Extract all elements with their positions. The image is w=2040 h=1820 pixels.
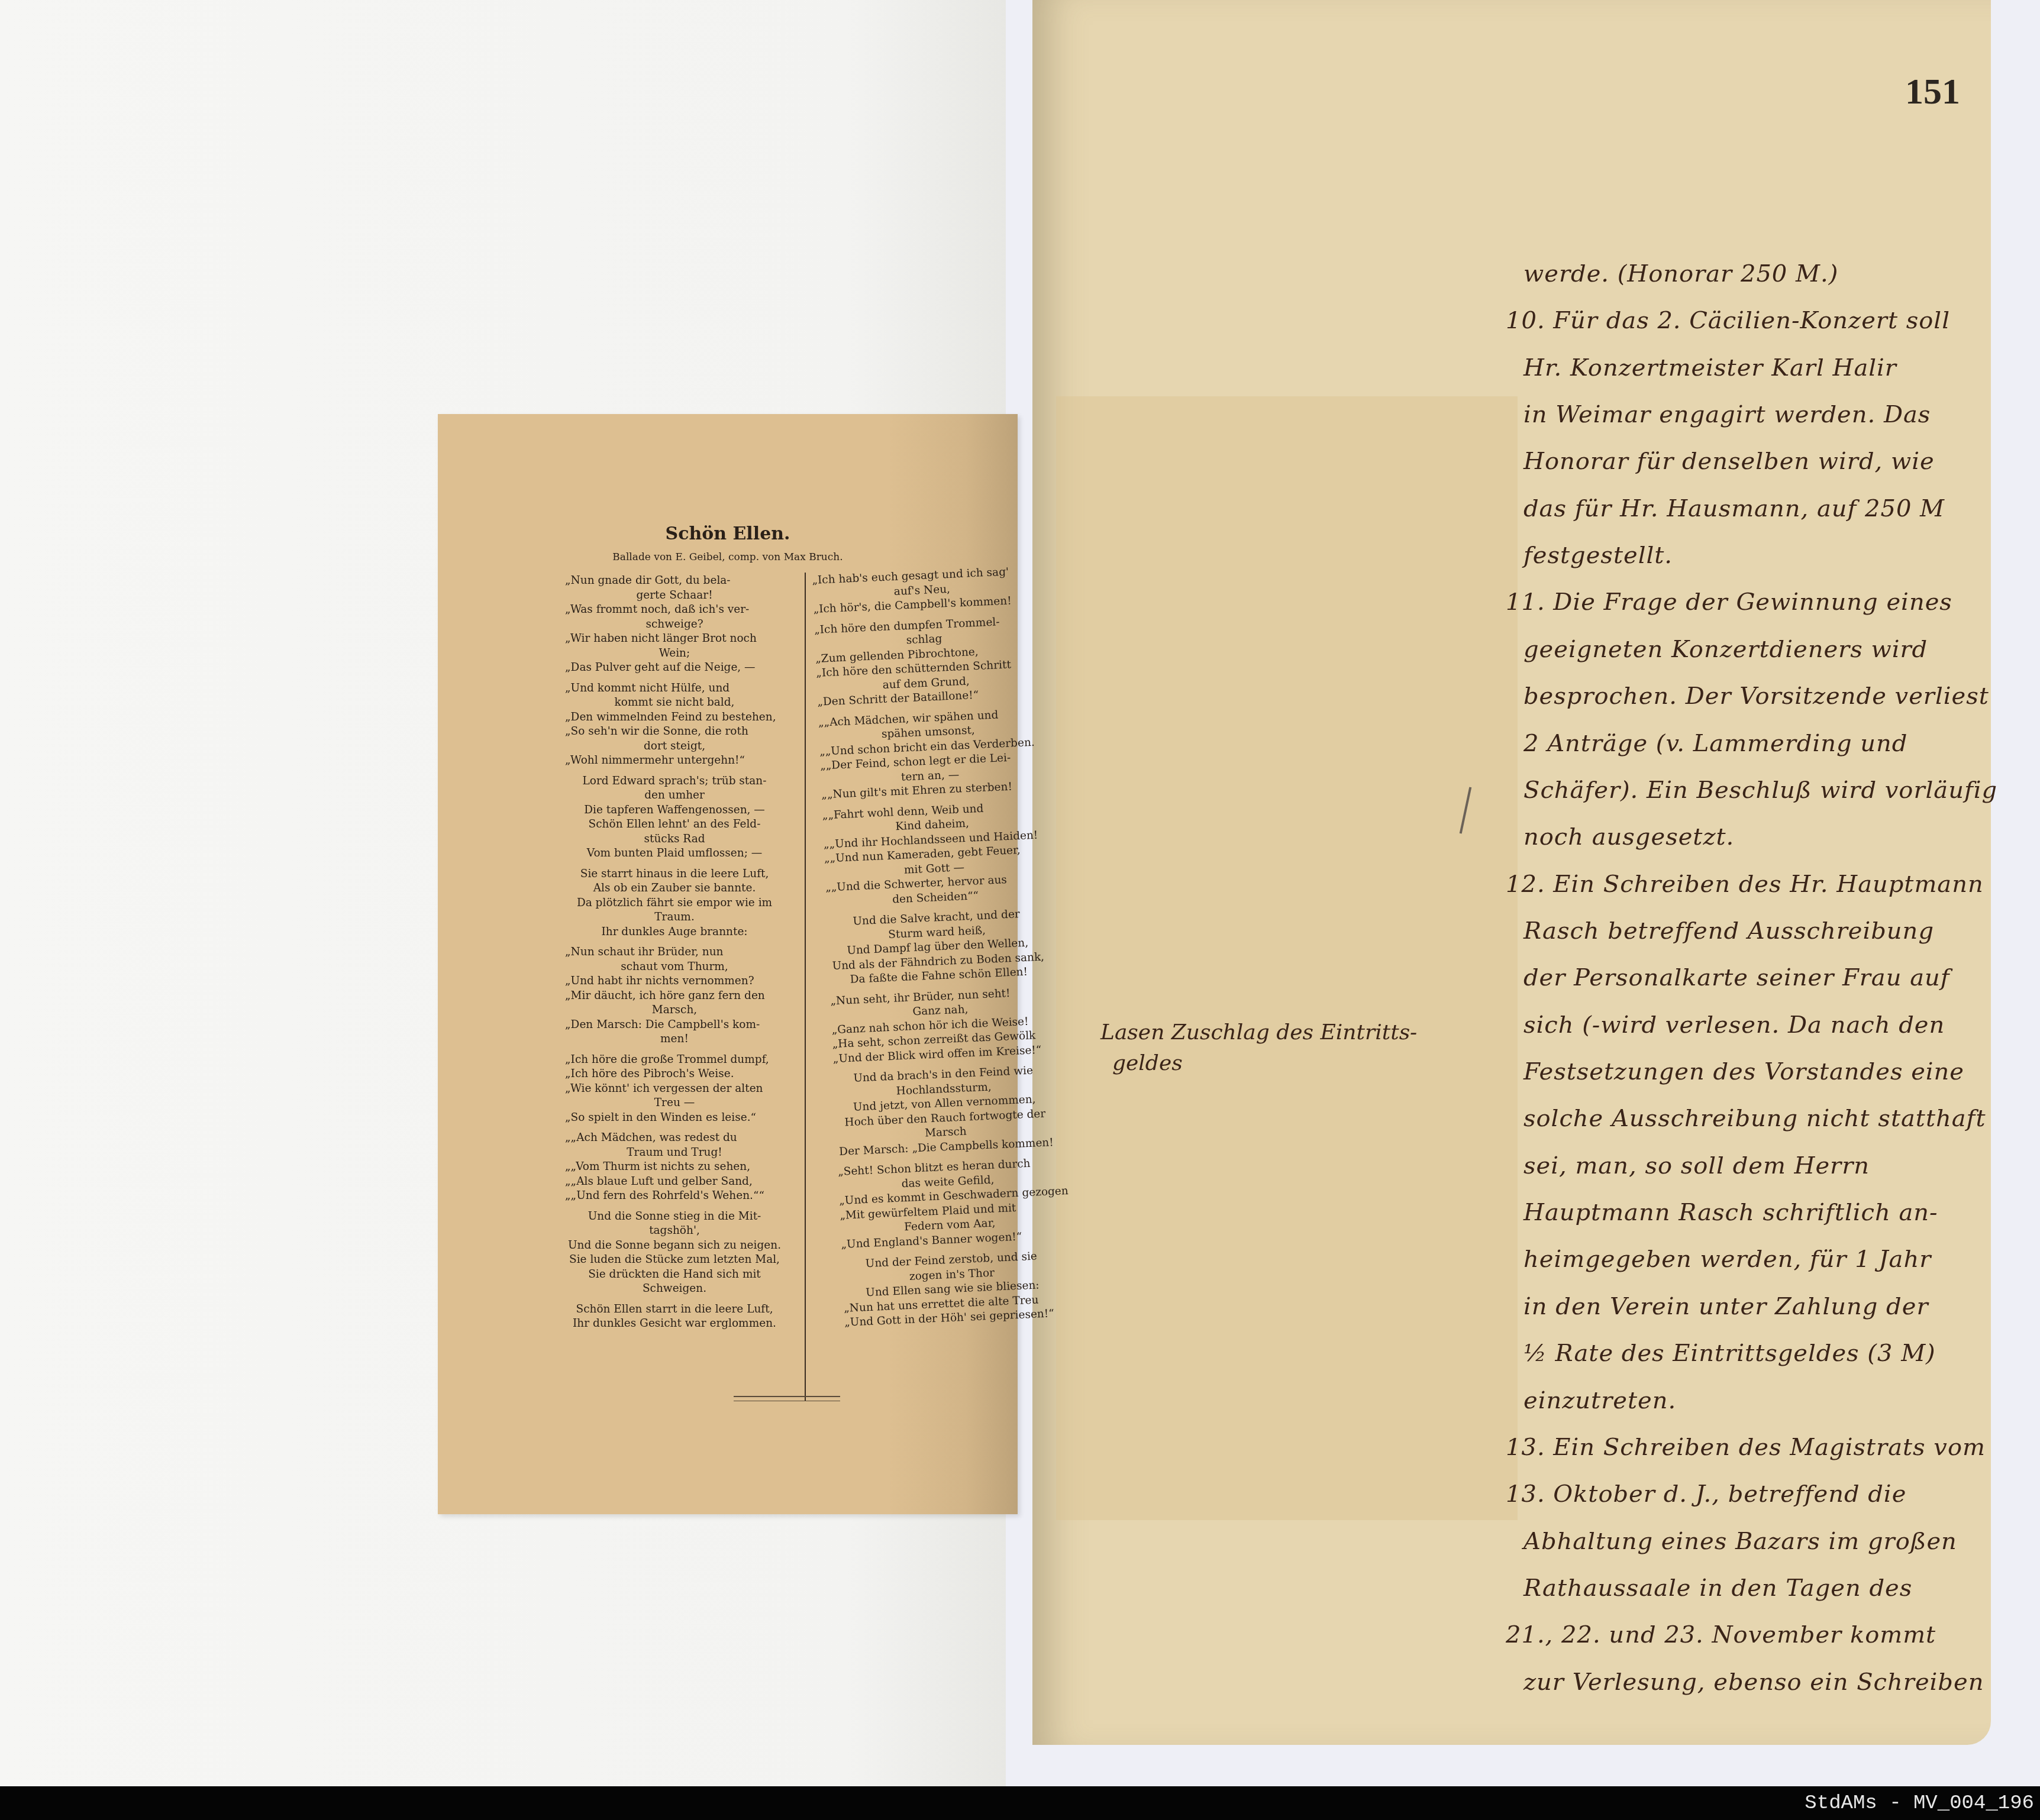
clipping-subtitle: Ballade von E. Geibel, comp. von Max Bru… [438, 551, 1018, 563]
poem-line: dort steigt, [565, 739, 784, 754]
manuscript-line: geeigneten Konzertdieners wird [1523, 636, 1928, 663]
archive-footer-bar: StdAMs - MV_004_196 [0, 1786, 2040, 1820]
poem-line: Sie starrt hinaus in die leere Luft, [565, 867, 784, 882]
stanza-gap [565, 675, 784, 681]
manuscript-line: Schäfer). Ein Beschluß wird vorläufig [1523, 777, 1997, 804]
page-number: 151 [1905, 71, 1960, 113]
newspaper-clipping: Schön Ellen. Ballade von E. Geibel, comp… [438, 414, 1018, 1514]
poem-line: gerte Schaar! [565, 589, 784, 603]
manuscript-line: Hr. Konzertmeister Karl Halir [1523, 354, 1897, 382]
manuscript-line: 13. Ein Schreiben des Magistrats vom [1506, 1434, 1986, 1461]
poem-line: „Nun gnade dir Gott, du bela- [565, 574, 784, 589]
poem-line: „Ich höre des Pibroch's Weise. [565, 1067, 784, 1082]
poem-line: Als ob ein Zauber sie bannte. [565, 881, 784, 896]
poem-line: „Ich höre die große Trommel dumpf, [565, 1053, 784, 1068]
manuscript-line: 12. Ein Schreiben des Hr. Hauptmann [1506, 871, 1984, 898]
poem-line: tagshöh', [565, 1224, 784, 1239]
poem-line: Und die Sonne begann sich zu neigen. [565, 1239, 784, 1253]
manuscript-line: 11. Die Frage der Gewinnung eines [1506, 589, 1952, 616]
manuscript-line: besprochen. Der Vorsitzende verliest [1523, 683, 1989, 710]
archive-id-label: StdAMs - MV_004_196 [1805, 1792, 2034, 1815]
poem-line: Da plötzlich fährt sie empor wie im [565, 896, 784, 911]
manuscript-line: 13. Oktober d. J., betreffend die [1506, 1480, 1906, 1508]
poem-line: Schön Ellen lehnt' an des Feld- [565, 817, 784, 832]
manuscript-line: 2 Anträge (v. Lammerding und [1523, 730, 1907, 757]
poem-line: Traum. [565, 910, 784, 925]
manuscript-line: 21., 22. und 23. November kommt [1506, 1621, 1936, 1648]
poem-line: „So seh'n wir die Sonne, die roth [565, 725, 784, 739]
poem-line: den umher [565, 788, 784, 803]
poem-line: Ihr dunkles Auge brannte: [565, 925, 784, 940]
manuscript-line: zur Verlesung, ebenso ein Schreiben [1523, 1669, 1984, 1696]
poem-line: Sie luden die Stücke zum letzten Mal, [565, 1253, 784, 1268]
poem-line: schaut vom Thurm, [565, 960, 784, 975]
poem-line: Sie drückten die Hand sich mit [565, 1268, 784, 1282]
poem-line: „Das Pulver geht auf die Neige, — [565, 661, 784, 675]
poem-line: „„Und fern des Rohrfeld's Wehen.““ [565, 1189, 784, 1204]
poem-line: schweige? [565, 618, 784, 632]
poem-column-right: „Ich hab's euch gesagt und ich sag'auf's… [812, 564, 1064, 1330]
poem-line: „„Ach Mädchen, was redest du [565, 1131, 784, 1146]
manuscript-line: in Weimar engagirt werden. Das [1523, 401, 1931, 428]
manuscript-line: das für Hr. Hausmann, auf 250 M [1523, 495, 1945, 522]
poem-line: stücks Rad [565, 832, 784, 847]
manuscript-line: der Personalkarte seiner Frau auf [1523, 964, 1950, 991]
margin-note: Lasen Zuschlag des Eintritts- geldes [1100, 1017, 1417, 1079]
stanza-gap [565, 1204, 784, 1210]
poem-line: „Den wimmelnden Feind zu bestehen, [565, 710, 784, 725]
manuscript-line: einzutreten. [1523, 1387, 1676, 1414]
poem-line: „Wie könnt' ich vergessen der alten [565, 1082, 784, 1097]
clipping-title: Schön Ellen. [438, 523, 1018, 544]
poem-line: „„Als blaue Luft und gelber Sand, [565, 1175, 784, 1189]
stanza-gap [565, 861, 784, 867]
poem-column-left: „Nun gnade dir Gott, du bela-gerte Schaa… [565, 574, 784, 1331]
stanza-gap [565, 939, 784, 945]
poem-line: „Mir däucht, ich höre ganz fern den [565, 989, 784, 1004]
manuscript-line: solche Ausschreibung nicht statthaft [1523, 1105, 1986, 1132]
poem-line: Schweigen. [565, 1282, 784, 1297]
poem-line: kommt sie nicht bald, [565, 696, 784, 710]
ornament-rule [734, 1396, 840, 1401]
manuscript-line: Rathaussaale in den Tagen des [1523, 1575, 1912, 1602]
stanza-gap [565, 1125, 784, 1131]
manuscript-line: in den Verein unter Zahlung der [1523, 1293, 1929, 1320]
poem-line: men! [565, 1032, 784, 1047]
manuscript-line: Hauptmann Rasch schriftlich an- [1523, 1199, 1938, 1226]
poem-line: „Nun schaut ihr Brüder, nun [565, 945, 784, 960]
poem-line: „So spielt in den Winden es leise.“ [565, 1111, 784, 1126]
manuscript-line: Festsetzungen des Vorstandes eine [1523, 1058, 1964, 1085]
poem-line: „Wir haben nicht länger Brot noch [565, 632, 784, 646]
manuscript-line: sich (-wird verlesen. Da nach den [1523, 1011, 1945, 1039]
manuscript-line: 10. Für das 2. Cäcilien-Konzert soll [1506, 307, 1950, 334]
poem-line: „Den Marsch: Die Campbell's kom- [565, 1018, 784, 1033]
column-divider [805, 573, 806, 1401]
stanza-gap [565, 768, 784, 774]
poem-line: Wein; [565, 646, 784, 661]
manuscript-line: sei, man, so soll dem Herrn [1523, 1152, 1870, 1179]
manuscript-line: Abhaltung eines Bazars im großen [1523, 1528, 1957, 1555]
poem-line: „Und kommt nicht Hülfe, und [565, 681, 784, 696]
poem-line: Und die Sonne stieg in die Mit- [565, 1210, 784, 1224]
manuscript-line: noch ausgesetzt. [1523, 823, 1734, 851]
poem-line: „Und habt ihr nichts vernommen? [565, 974, 784, 989]
poem-line: „Was frommt noch, daß ich's ver- [565, 603, 784, 618]
manuscript-line: Rasch betreffend Ausschreibung [1523, 917, 1934, 945]
poem-line: Marsch, [565, 1003, 784, 1018]
poem-line: Die tapferen Waffengenossen, — [565, 803, 784, 818]
manuscript-line: Honorar für denselben wird, wie [1523, 448, 1935, 475]
manuscript-line: ½ Rate des Eintrittsgeldes (3 M) [1523, 1340, 1936, 1367]
stanza-gap [565, 1047, 784, 1053]
poem-line: „Wohl nimmermehr untergehn!“ [565, 754, 784, 768]
margin-note-line: geldes [1100, 1048, 1417, 1079]
margin-note-line: Lasen Zuschlag des Eintritts- [1100, 1017, 1417, 1048]
poem-line: Lord Edward sprach's; trüb stan- [565, 774, 784, 789]
poem-line: Treu — [565, 1096, 784, 1111]
poem-line: Schön Ellen starrt in die leere Luft, [565, 1302, 784, 1317]
stanza-gap [565, 1297, 784, 1302]
poem-line: Traum und Trug! [565, 1146, 784, 1160]
poem-line: „„Vom Thurm ist nichts zu sehen, [565, 1160, 784, 1175]
poem-line: Vom bunten Plaid umflossen; — [565, 846, 784, 861]
paper-stain [1056, 396, 1518, 1520]
manuscript-line: werde. (Honorar 250 M.) [1523, 260, 1838, 287]
manuscript-line: heimgegeben werden, für 1 Jahr [1523, 1246, 1931, 1273]
manuscript-line: festgestellt. [1523, 542, 1673, 569]
poem-line: Ihr dunkles Gesicht war erglommen. [565, 1317, 784, 1331]
